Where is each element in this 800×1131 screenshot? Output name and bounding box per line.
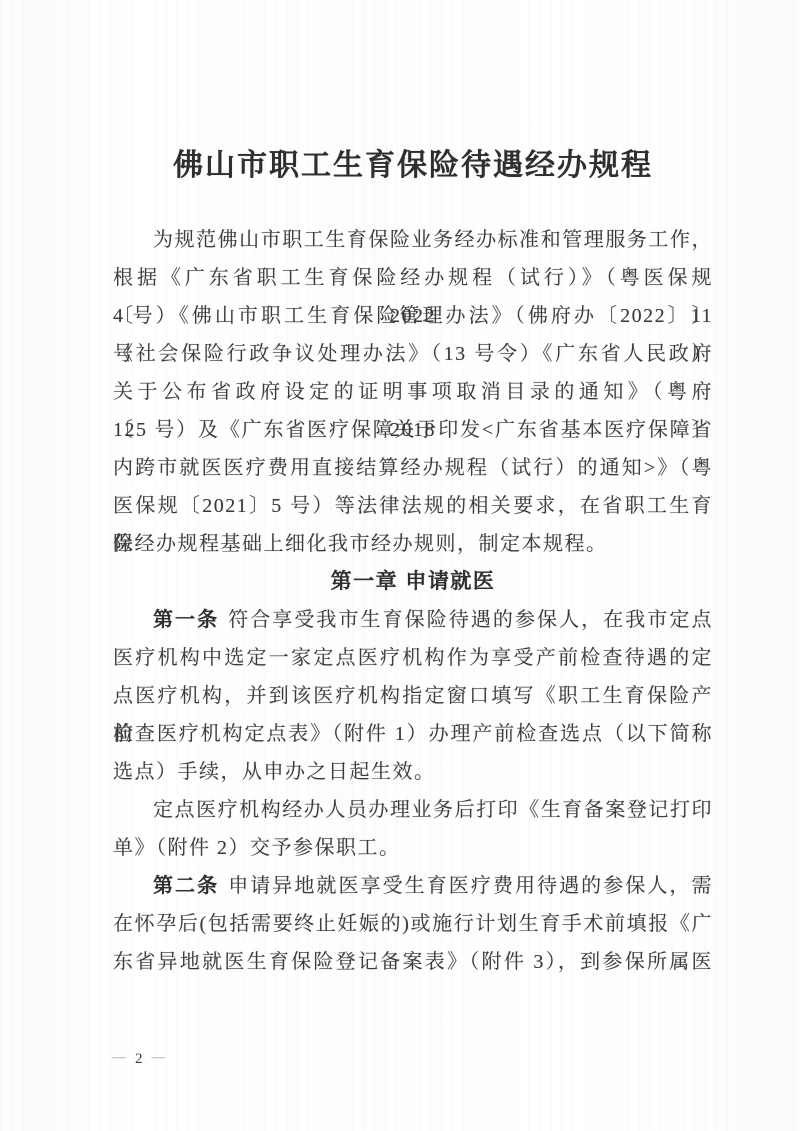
text-line: 第二条申请异地就医享受生育医疗费用待遇的参保人，需 xyxy=(113,867,713,905)
page-number: 2 xyxy=(135,1051,145,1067)
footer-right-dash: — xyxy=(152,1050,168,1065)
article-number: 第二条 xyxy=(153,875,219,897)
text-line: 内跨市就医医疗费用直接结算经办规程（试行）的通知>》（粤 xyxy=(113,449,713,487)
text-line: 第一条符合享受我市生育保险待遇的参保人，在我市定点 xyxy=(113,601,713,639)
text-line: 单》（附件 2）交予参保职工。 xyxy=(113,829,713,867)
article-number: 第一条 xyxy=(153,609,219,631)
text-line: 为规范佛山市职工生育保险业务经办标准和管理服务工作， xyxy=(113,221,713,259)
text-line: 关于公布省政府设定的证明事项取消目录的通知》（粤府〔2018〕 xyxy=(113,373,713,411)
document-title: 佛山市职工生育保险待遇经办规程 xyxy=(113,144,713,188)
footer-left-dash: — xyxy=(112,1050,128,1065)
text-line: 检查医疗机构定点表》（附件 1）办理产前检查选点（以下简称 xyxy=(113,715,713,753)
text-line: 险经办规程基础上细化我市经办规则，制定本规程。 xyxy=(113,525,713,563)
page-footer: —2— xyxy=(112,1048,168,1071)
text-line: 在怀孕后(包括需要终止妊娠的)或施行计划生育手术前填报《广 xyxy=(113,905,713,943)
text-line: 医保规〔2021〕5 号）等法律法规的相关要求，在省职工生育保 xyxy=(113,487,713,525)
text-line: 《社会保险行政争议处理办法》（13 号令）《广东省人民政府 xyxy=(113,335,713,373)
text-line: 125 号）及《广东省医疗保障关于印发<广东省基本医疗保障省 xyxy=(113,411,713,449)
document-page: 佛山市职工生育保险待遇经办规程 为规范佛山市职工生育保险业务经办标准和管理服务工… xyxy=(0,0,800,1131)
document-body: 为规范佛山市职工生育保险业务经办标准和管理服务工作，根据《广东省职工生育保险经办… xyxy=(113,221,713,981)
text-line: 定点医疗机构经办人员办理业务后打印《生育备案登记打印 xyxy=(113,791,713,829)
text-line: 4 号）《佛山市职工生育保险管理办法》（佛府办〔2022〕11 号） xyxy=(113,297,713,335)
text-line: 东省异地就医生育保险登记备案表》（附件 3），到参保所属医 xyxy=(113,943,713,981)
text-line: 根据《广东省职工生育保险经办规程（试行）》（粤医保规〔2022〕 xyxy=(113,259,713,297)
text-line: 医疗机构中选定一家定点医疗机构作为享受产前检查待遇的定 xyxy=(113,639,713,677)
text-line: 选点）手续，从申办之日起生效。 xyxy=(113,753,713,791)
chapter-heading: 第一章 申请就医 xyxy=(113,563,713,601)
text-line: 点医疗机构，并到该医疗机构指定窗口填写《职工生育保险产前 xyxy=(113,677,713,715)
